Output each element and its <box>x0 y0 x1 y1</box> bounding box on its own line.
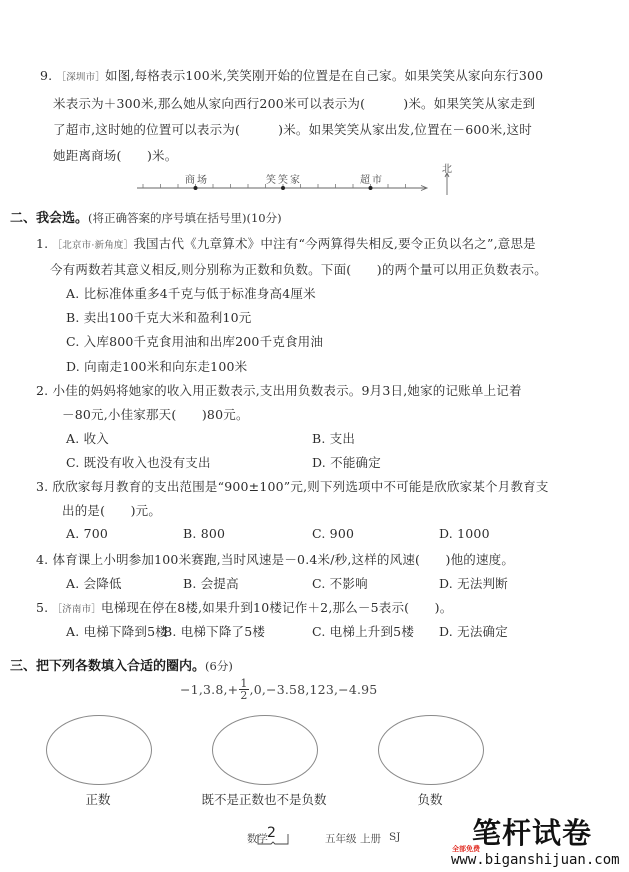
s2-q2-line-1: 2. 小佳的妈妈将她家的收入用正数表示,支出用负数表示。9月3日,她家的记账单上… <box>36 381 522 399</box>
watermark-url: www.biganshijuan.com <box>451 852 620 868</box>
s2-q4-number: 4. <box>36 552 48 567</box>
s2-q4-option-c: C. 不影响 <box>312 574 368 592</box>
s2-q3-option-d: D. 1000 <box>439 526 490 541</box>
number-list: −1,3.8,+ 1 2 ,0,−3.58,123,−4.95 <box>180 678 377 701</box>
s2-q2-option-a: A. 收入 <box>66 429 109 447</box>
s2-q5-option-b: B. 电梯下降了5楼 <box>163 622 265 640</box>
s2-q4-text-1: 体育课上小明参加100米赛跑,当时风速是－0.4米/秒,这样的风速( )他的速度… <box>53 552 515 567</box>
label-negative: 负数 <box>378 790 482 808</box>
footer-grade: 五年级 <box>325 831 357 846</box>
s2-q2-option-b: B. 支出 <box>312 429 355 447</box>
page-number: 2 <box>267 825 276 841</box>
number-line-figure: 商场 笑笑家 超市 北 <box>130 160 470 204</box>
s2-q1-option-c: C. 入库800千克食用油和出库200千克食用油 <box>66 332 323 350</box>
s2-q1-option-d: D. 向南走100米和向东走100米 <box>66 357 247 375</box>
number-list-after: ,0,−3.58,123,−4.95 <box>250 682 378 697</box>
s2-q2-number: 2. <box>36 383 48 398</box>
q9-line-3: 了超市,这时她的位置可以表示为( )米。如果笑笑从家出发,位置在－600米,这时 <box>53 120 532 138</box>
q9-line-2: 米表示为＋300米,那么她从家向西行200米可以表示为( )米。如果笑笑从家走到 <box>53 94 535 112</box>
supermarket-label: 超市 <box>360 171 384 186</box>
ellipse-negative[interactable] <box>378 715 484 785</box>
s2-q3-line-2: 出的是( )元。 <box>62 501 161 519</box>
s2-q3-option-b: B. 800 <box>183 526 225 541</box>
label-positive: 正数 <box>46 790 150 808</box>
fraction-one-half: 1 2 <box>239 678 248 701</box>
mall-point <box>194 186 198 190</box>
s2-q3-text-1: 欣欣家每月教育的支出范围是“900±100”元,则下列选项中不可能是欣欣家某个月… <box>53 479 549 494</box>
s2-q1-option-a: A. 比标准体重多4千克与低于标准身高4厘米 <box>66 284 316 302</box>
ellipse-positive[interactable] <box>46 715 152 785</box>
footer-term: 上册 <box>360 831 381 846</box>
s2-q5-text-1: 电梯现在停在8楼,如果升到10楼记作＋2,那么－5表示( )。 <box>101 600 452 615</box>
s2-q1-line-2: 今有两数若其意义相反,则分别称为正数和负数。下面( )的两个量可以用正负数表示。 <box>50 260 547 278</box>
supermarket-point <box>369 186 373 190</box>
section-2-title: 二、我会选。(将正确答案的序号填在括号里)(10分) <box>10 207 282 226</box>
number-list-before: −1,3.8,+ <box>180 682 238 697</box>
s2-q1-tag: ［北京市·新角度］ <box>53 240 134 251</box>
s2-q4-option-a: A. 会降低 <box>66 574 122 592</box>
s2-q1-text-1: 我国古代《九章算术》中注有“今两算得失相反,要令正负以名之”,意思是 <box>133 236 536 251</box>
s2-q5-line-1: 5. ［济南市］电梯现在停在8楼,如果升到10楼记作＋2,那么－5表示( )。 <box>36 598 452 616</box>
watermark-title: 笔杆试卷 <box>472 818 592 848</box>
s2-q1-line-1: 1. ［北京市·新角度］我国古代《九章算术》中注有“今两算得失相反,要令正负以名… <box>36 234 536 252</box>
label-zero: 既不是正数也不是负数 <box>184 790 344 808</box>
q9-text-1: 如图,每格表示100米,笑笑刚开始的位置是在自己家。如果笑笑从家向东行300 <box>105 68 543 83</box>
section-3-note: (6分) <box>205 659 233 673</box>
section-3-heading: 三、把下列各数填入合适的圈内。 <box>10 659 205 674</box>
q9-number: 9. <box>40 68 52 83</box>
s2-q3-line-1: 3. 欣欣家每月教育的支出范围是“900±100”元,则下列选项中不可能是欣欣家… <box>36 477 549 495</box>
s2-q5-option-d: D. 无法确定 <box>439 622 508 640</box>
s2-q3-option-c: C. 900 <box>312 526 354 541</box>
north-label: 北 <box>442 160 452 175</box>
s2-q2-line-2: －80元,小佳家那天( )80元。 <box>62 405 249 423</box>
s2-q4-line-1: 4. 体育课上小明参加100米赛跑,当时风速是－0.4米/秒,这样的风速( )他… <box>36 550 514 568</box>
s2-q2-option-c: C. 既没有收入也没有支出 <box>66 453 211 471</box>
ellipse-zero[interactable] <box>212 715 318 785</box>
s2-q3-number: 3. <box>36 479 48 494</box>
s2-q1-number: 1. <box>36 236 48 251</box>
s2-q4-option-b: B. 会提高 <box>183 574 239 592</box>
s2-q4-option-d: D. 无法判断 <box>439 574 508 592</box>
s2-q5-tag: ［济南市］ <box>53 604 102 615</box>
mall-label: 商场 <box>185 171 209 186</box>
section-2-heading: 二、我会选。 <box>10 211 88 226</box>
s2-q5-number: 5. <box>36 600 48 615</box>
q9-tag: ［深圳市］ <box>57 72 106 83</box>
s2-q2-text-1: 小佳的妈妈将她家的收入用正数表示,支出用负数表示。9月3日,她家的记账单上记着 <box>53 383 522 398</box>
section-3-title: 三、把下列各数填入合适的圈内。(6分) <box>10 655 233 674</box>
s2-q5-option-c: C. 电梯上升到5楼 <box>312 622 414 640</box>
footer-edition: SJ <box>389 831 400 843</box>
s2-q1-option-b: B. 卖出100千克大米和盈利10元 <box>66 308 252 326</box>
q9-line-1: 9. ［深圳市］如图,每格表示100米,笑笑刚开始的位置是在自己家。如果笑笑从家… <box>40 66 543 84</box>
section-2-note: (将正确答案的序号填在括号里)(10分) <box>88 211 282 225</box>
home-label: 笑笑家 <box>266 171 302 186</box>
s2-q2-option-d: D. 不能确定 <box>312 453 381 471</box>
page-number-box: 2 <box>256 826 290 846</box>
s2-q3-option-a: A. 700 <box>66 526 108 541</box>
s2-q5-option-a: A. 电梯下降到5楼 <box>66 622 168 640</box>
fraction-denominator: 2 <box>240 690 247 701</box>
home-point <box>281 186 285 190</box>
